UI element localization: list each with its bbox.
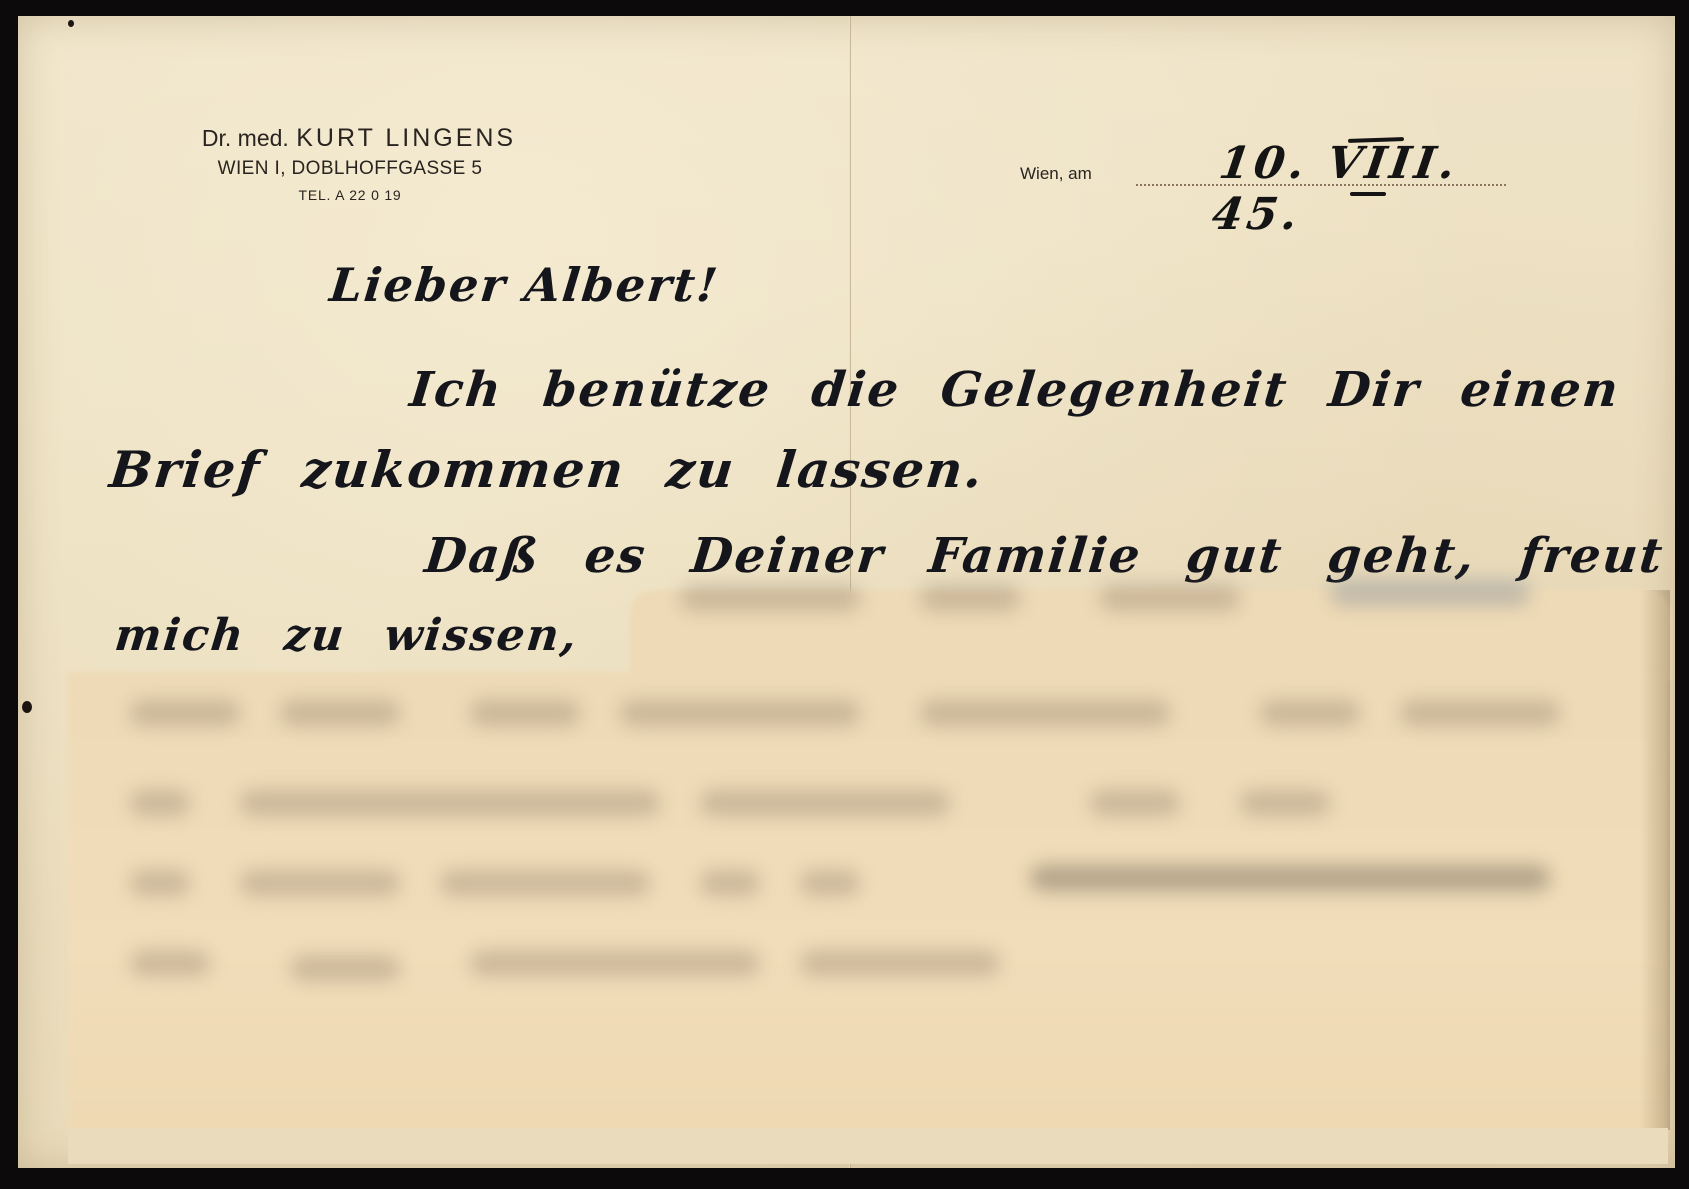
blurred-text	[1330, 580, 1530, 606]
blurred-text	[440, 870, 650, 896]
handwritten-date: 10. VIII. 45.	[1209, 138, 1507, 240]
blurred-text	[470, 950, 760, 976]
letter-line: mich zu wissen,	[112, 610, 580, 661]
letterhead-doctor-name: KURT LINGENS	[296, 124, 516, 152]
blurred-text	[470, 700, 580, 726]
blurred-text	[620, 700, 860, 726]
redaction-edge-shadow	[1640, 590, 1670, 1130]
paper-bottom-edge	[68, 1128, 1668, 1164]
letter-line: Daß es Deiner Familie gut geht, freut	[422, 528, 1667, 584]
letter-line: Brief zukommen zu lassen.	[107, 440, 987, 499]
blurred-text	[240, 790, 660, 816]
blurred-text	[130, 950, 210, 976]
letterhead-phone: TEL. A 22 0 19	[140, 185, 560, 205]
blurred-text	[920, 700, 1170, 726]
blurred-text	[800, 950, 1000, 976]
blurred-redaction-region	[68, 672, 1668, 1132]
blurred-text	[1260, 700, 1360, 726]
roman-numeral-underbar	[1350, 192, 1386, 196]
blurred-text	[1100, 585, 1240, 611]
letter-line: Ich benütze die Gelegenheit Dir einen	[407, 362, 1623, 418]
blurred-text	[1030, 865, 1550, 891]
blurred-text	[680, 585, 860, 611]
date-line: Wien, am 10. VIII. 45.	[1020, 150, 1500, 190]
punch-hole-mark	[22, 701, 32, 713]
date-label: Wien, am	[1020, 164, 1092, 184]
blurred-text	[130, 870, 190, 896]
blurred-text	[1240, 790, 1330, 816]
paper-hole-mark	[68, 20, 74, 27]
blurred-text	[800, 870, 860, 896]
blurred-text	[240, 870, 400, 896]
blurred-text	[700, 870, 760, 896]
blurred-text	[280, 700, 400, 726]
letterhead: Dr. med. KURT LINGENS WIEN I, DOBLHOFFGA…	[140, 122, 560, 205]
letterhead-title: Dr. med.	[202, 125, 289, 151]
letterhead-name: Dr. med. KURT LINGENS	[158, 122, 560, 154]
blurred-text	[920, 585, 1020, 611]
blurred-text	[1090, 790, 1180, 816]
blurred-text	[700, 790, 950, 816]
letterhead-address: WIEN I, DOBLHOFFGASSE 5	[140, 156, 560, 182]
letter-salutation: Lieber Albert!	[327, 258, 722, 312]
blurred-text	[1400, 700, 1560, 726]
blurred-text	[290, 955, 400, 981]
blurred-text	[130, 700, 240, 726]
blurred-text	[130, 790, 190, 816]
